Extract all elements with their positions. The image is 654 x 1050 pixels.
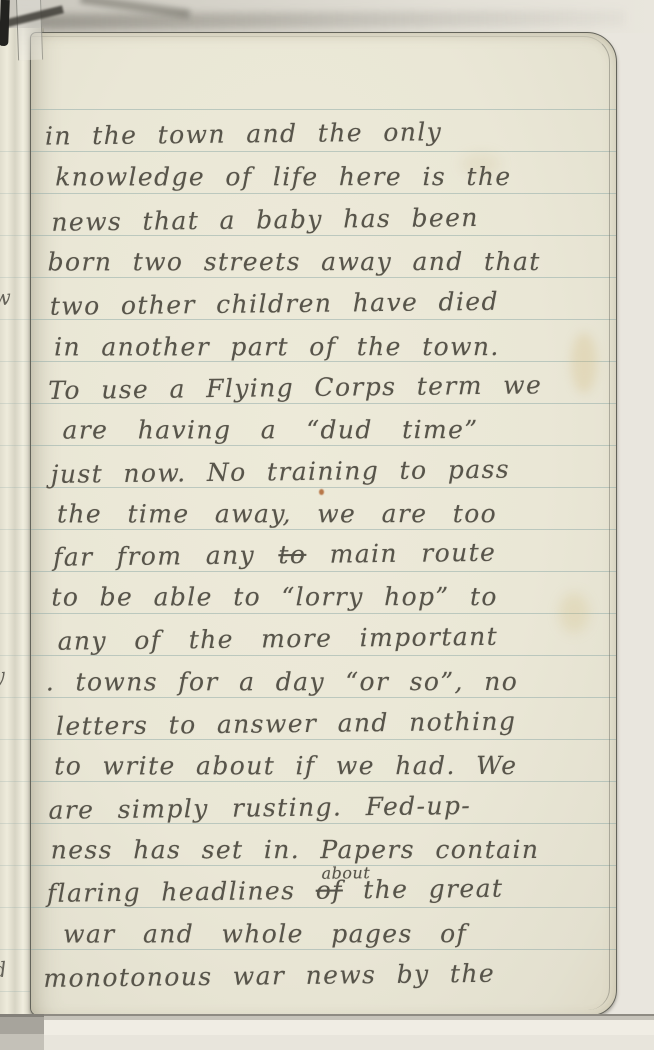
handwriting-line: knowledge of life here is the: [55, 162, 511, 192]
handwriting-line: just now. No training to pass: [51, 455, 511, 490]
handwriting-line: news that a baby has been: [51, 203, 479, 238]
notebook-page: in the town and the only knowledge of li…: [30, 32, 617, 1016]
scanned-diary-page: w i y l d l in the town and the only kno…: [0, 0, 654, 1050]
struck-word: to: [278, 540, 306, 569]
handwriting-line: far from any to main route: [53, 538, 496, 573]
handwriting-line: any of the more important: [57, 622, 498, 657]
handwriting-line: two other children have died: [50, 287, 499, 322]
scan-background-bottom: [0, 1014, 654, 1050]
handwriting-line: to write about if we had. We: [54, 751, 517, 781]
mounting-strip: [16, 0, 43, 60]
handwriting-line: born two streets away and that: [48, 247, 541, 277]
handwriting-block: in the town and the only knowledge of li…: [30, 32, 617, 1016]
handwriting-line: war and whole pages of: [63, 919, 467, 949]
handwriting-line: to be able to “lorry hop” to: [51, 582, 497, 612]
previous-page-rule-lines: [0, 110, 34, 1016]
handwriting-line: . towns for a day “or so”, no: [46, 667, 518, 697]
binding-corner: [0, 0, 10, 46]
margin-ink-fragment: w: [0, 285, 13, 310]
handwriting-line: are simply rusting. Fed-up-: [48, 791, 471, 826]
scan-background-bottom-left: [0, 1014, 44, 1050]
handwriting-line: ness has set in. Papers contain: [51, 835, 540, 865]
corrected-word: ofabout: [316, 875, 343, 904]
handwriting-line: flaring headlines ofabout the great: [47, 874, 504, 909]
inserted-word: about: [321, 858, 370, 889]
handwriting-line: the time away, we are too: [57, 499, 497, 529]
handwriting-line: in the town and the only: [45, 117, 443, 152]
handwriting-line: are having a “dud time”: [62, 415, 478, 445]
handwriting-line: monotonous war news by the: [43, 959, 495, 994]
handwriting-line: in another part of the town.: [54, 332, 500, 362]
handwriting-line: letters to answer and nothing: [56, 707, 517, 742]
handwriting-line: To use a Flying Corps term we: [48, 370, 542, 406]
